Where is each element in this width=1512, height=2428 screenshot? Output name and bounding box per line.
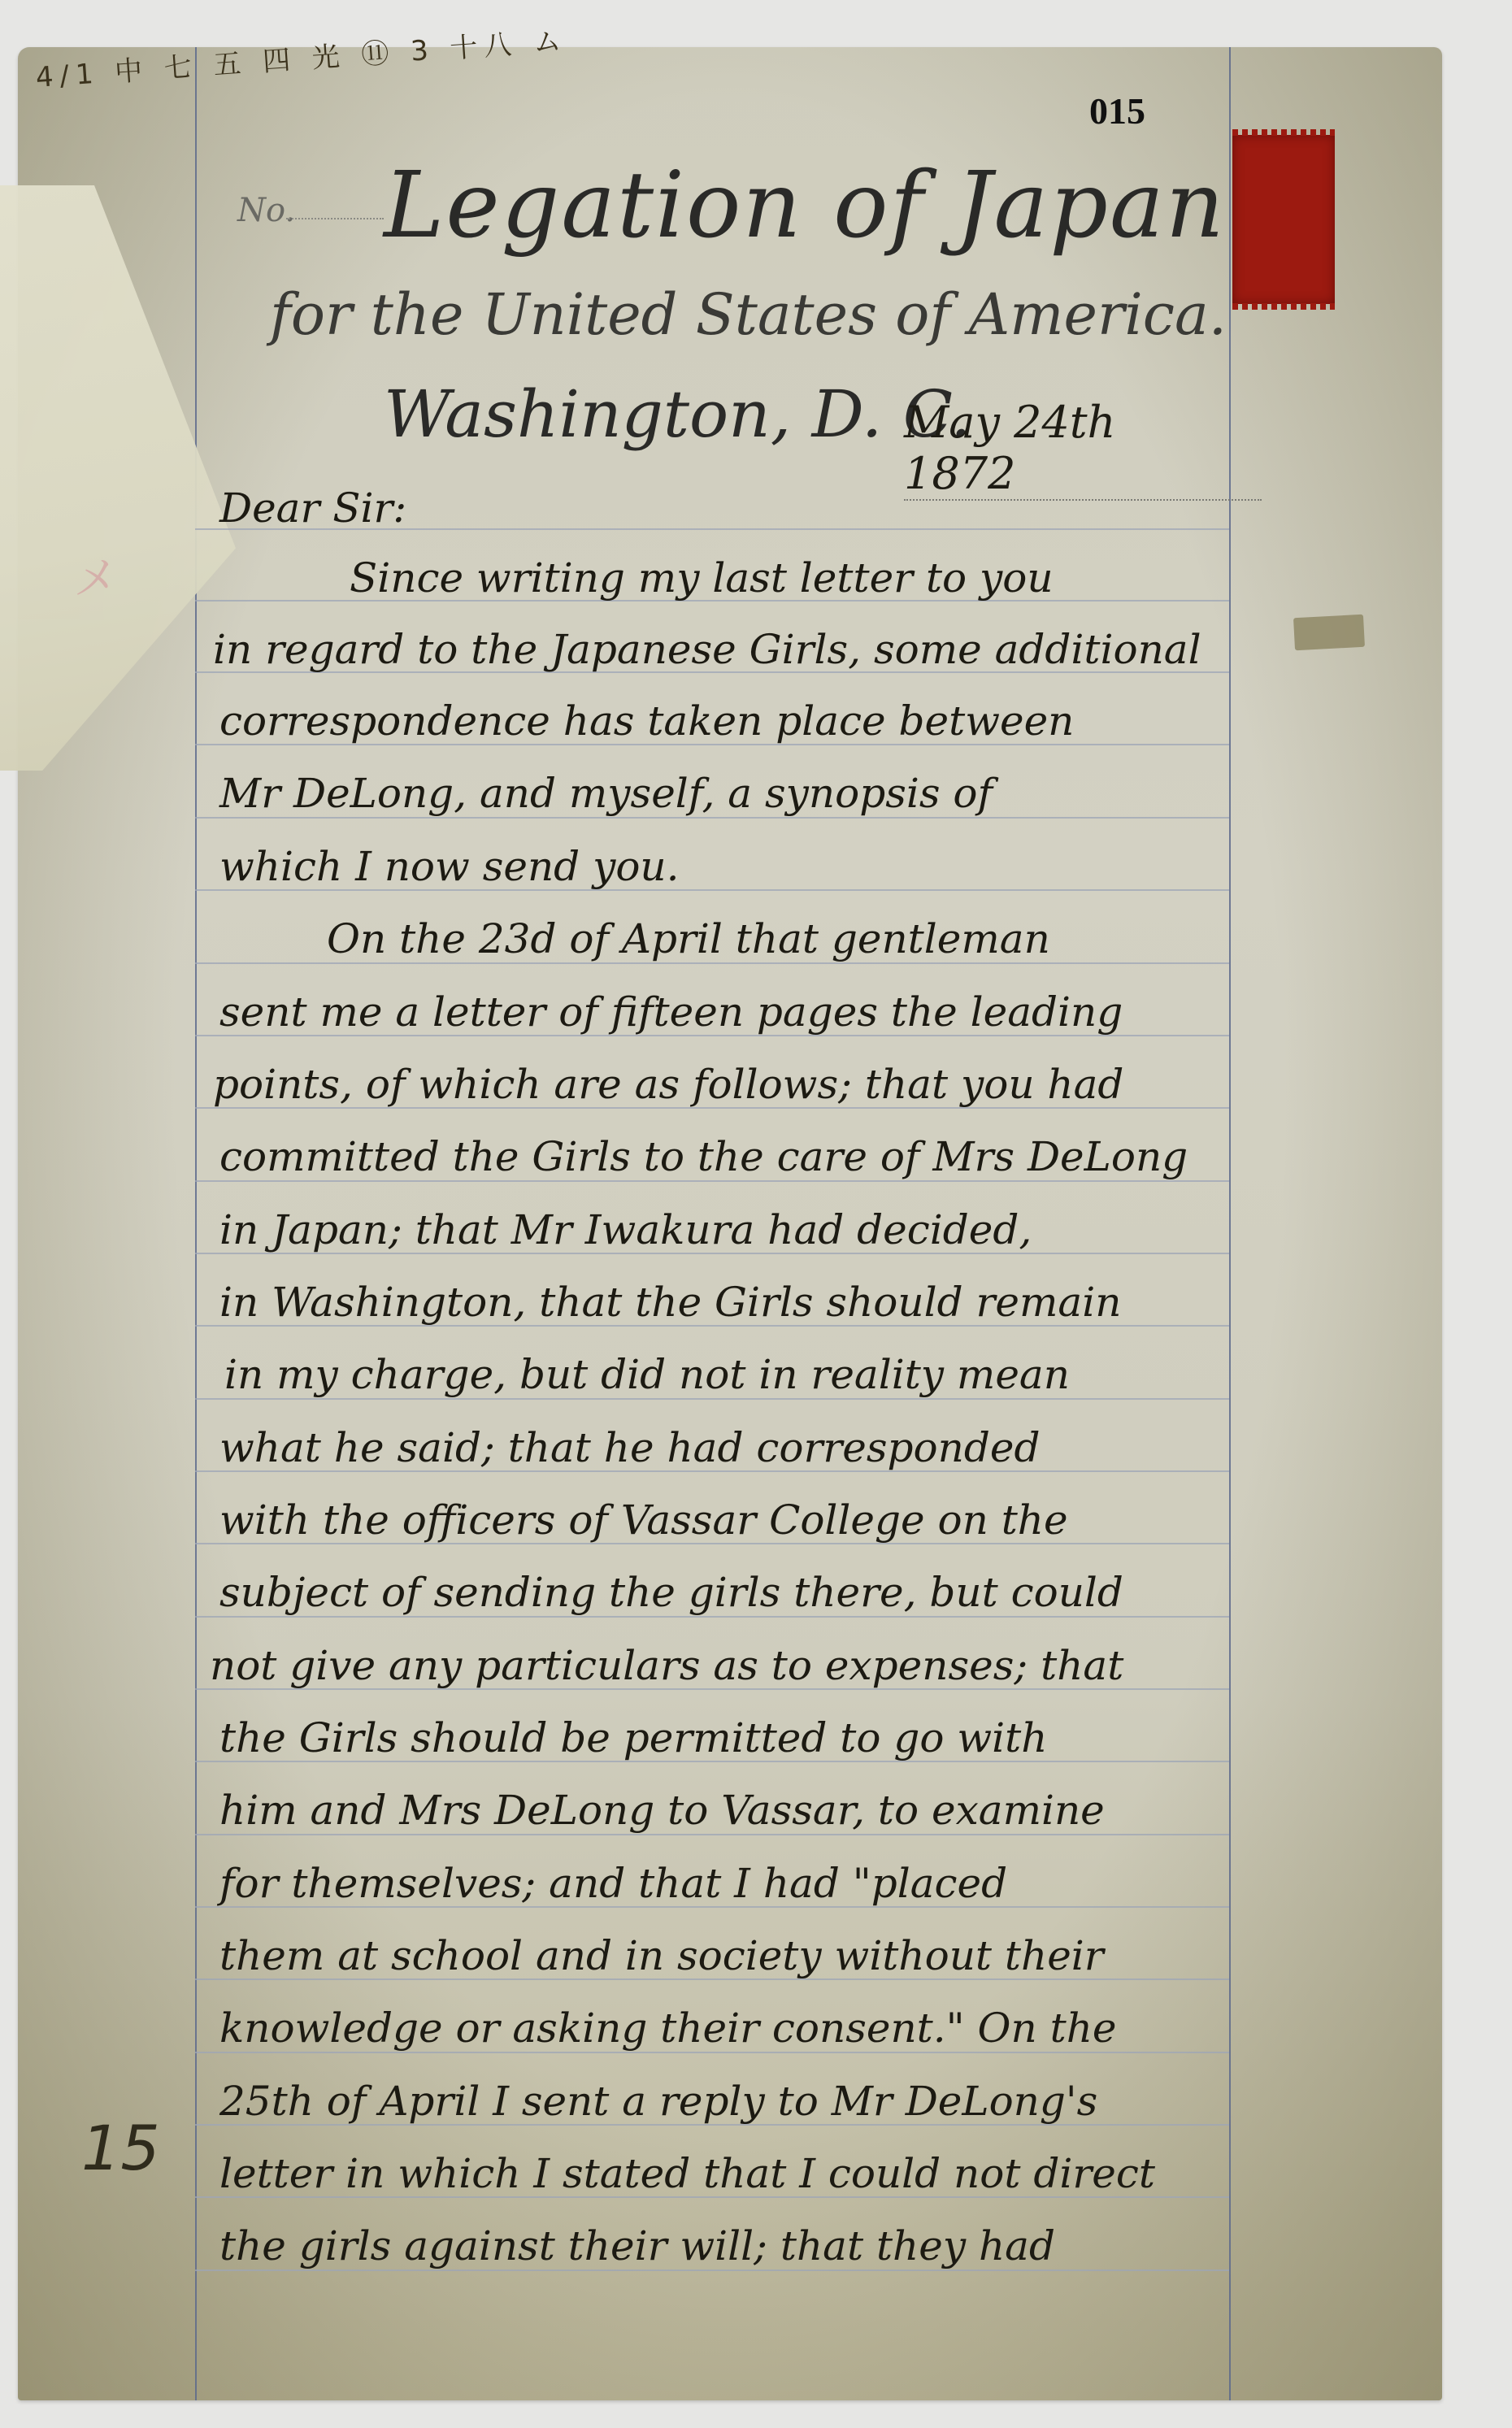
letter-line: in my charge, but did not in reality mea… bbox=[224, 1351, 1070, 1398]
red-seal-stamp bbox=[1232, 135, 1335, 304]
letter-line: in regard to the Japanese Girls, some ad… bbox=[213, 626, 1201, 673]
letter-line: not give any particulars as to expenses;… bbox=[210, 1642, 1123, 1689]
letterhead-no-field bbox=[286, 218, 384, 219]
letterhead-title: Legation of Japan bbox=[384, 153, 1226, 258]
letter-line: him and Mrs DeLong to Vassar, to examine bbox=[219, 1787, 1105, 1834]
letter-line: the girls against their will; that they … bbox=[219, 2222, 1055, 2269]
letter-line: Since writing my last letter to you bbox=[350, 554, 1054, 602]
letter-line: subject of sending the girls there, but … bbox=[219, 1569, 1123, 1616]
letter-line: committed the Girls to the care of Mrs D… bbox=[219, 1133, 1188, 1180]
ruled-line bbox=[195, 2052, 1229, 2053]
ruled-line bbox=[195, 817, 1229, 819]
letter-line: correspondence has taken place between bbox=[219, 697, 1074, 745]
letter-line: in Washington, that the Girls should rem… bbox=[219, 1279, 1121, 1326]
letter-line: in Japan; that Mr Iwakura had decided, bbox=[219, 1206, 1032, 1253]
ruled-line bbox=[195, 962, 1229, 964]
letter-line: On the 23d of April that gentleman bbox=[327, 915, 1050, 962]
letter-line: 25th of April I sent a reply to Mr DeLon… bbox=[219, 2078, 1097, 2125]
ruled-line bbox=[195, 1834, 1229, 1835]
letter-line: letter in which I stated that I could no… bbox=[219, 2150, 1155, 2197]
letter-date: May 24th 1872 bbox=[904, 397, 1262, 501]
letter-line: points, of which are as follows; that yo… bbox=[213, 1061, 1123, 1108]
ruled-line bbox=[195, 1180, 1229, 1182]
letter-line: for themselves; and that I had "placed bbox=[219, 1860, 1007, 1907]
letter-line: Mr DeLong, and myself, a synopsis of bbox=[219, 770, 993, 817]
ruled-line bbox=[195, 1616, 1229, 1618]
left-margin-line bbox=[195, 47, 197, 2400]
attached-paper-slip: メ bbox=[0, 185, 236, 771]
letter-line: sent me a letter of fifteen pages the le… bbox=[219, 988, 1123, 1036]
letter-line: the Girls should be permitted to go with bbox=[219, 1714, 1047, 1761]
tape-fragment bbox=[1293, 615, 1365, 650]
letterhead-subtitle: for the United States of America. bbox=[270, 281, 1227, 348]
letter-line: knowledge or asking their consent." On t… bbox=[219, 2005, 1117, 2052]
letter-line: what he said; that he had corresponded bbox=[219, 1424, 1040, 1471]
ruled-line bbox=[195, 1398, 1229, 1400]
letter-line: with the officers of Vassar College on t… bbox=[219, 1496, 1068, 1544]
salutation: Dear Sir: bbox=[219, 484, 406, 532]
letterhead-no-label: No. bbox=[237, 192, 295, 229]
letterhead-place: Washington, D. C. bbox=[384, 376, 971, 452]
pencil-annotations: 4/1 中 七 五 四 光 ⑪ 3 十八 ム bbox=[34, 18, 568, 95]
ruled-line bbox=[195, 2269, 1229, 2271]
tape-pencil-mark: メ bbox=[73, 543, 119, 608]
letter-line: them at school and in society without th… bbox=[219, 1932, 1104, 1979]
handwritten-page-number: 15 bbox=[81, 2112, 160, 2184]
letter-line: which I now send you. bbox=[219, 843, 680, 890]
archive-number: 015 bbox=[1089, 89, 1145, 132]
letter-page: 4/1 中 七 五 四 光 ⑪ 3 十八 ム 015 No. Legation … bbox=[18, 47, 1442, 2400]
